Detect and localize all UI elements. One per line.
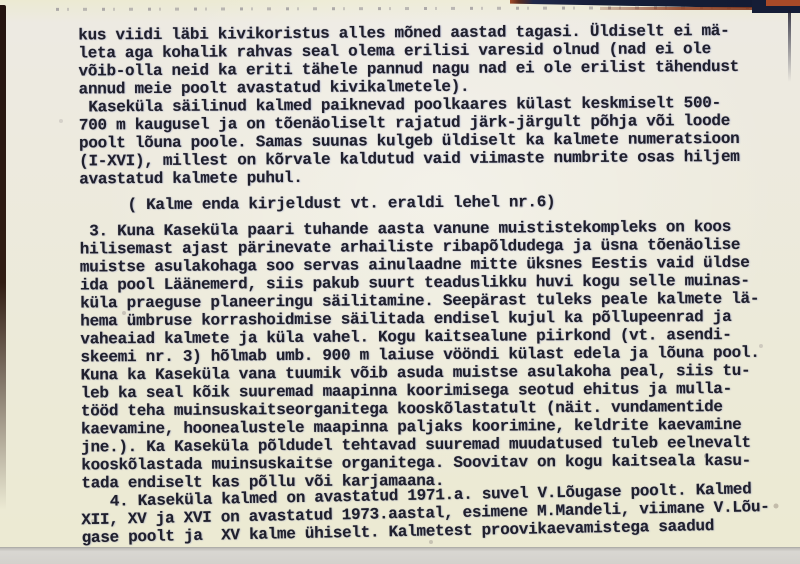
paragraph-2: Kaseküla säilinud kalmed paiknevad poolk… (79, 94, 794, 189)
table-surface (0, 547, 800, 564)
text-line: avastatud kalmete puhul. (79, 166, 793, 189)
scanned-document-photo: kus viidi läbi kivikoristus alles mõned … (0, 0, 800, 564)
text-line: ( Kalme enda kirjeldust vt. eraldi lehel… (127, 192, 793, 215)
paragraph-3: 3. Kuna Kaseküla paari tuhande aasta van… (80, 218, 796, 493)
paper-specks (0, 0, 2, 2)
paragraph-1: kus viidi läbi kivikoristus alles mõned … (78, 22, 792, 99)
corner-red-patch (766, 0, 800, 6)
page-left-edge-shadow (0, 5, 6, 510)
typewritten-text: kus viidi läbi kivikoristus alles mõned … (78, 22, 796, 547)
note-line: ( Kalme enda kirjeldust vt. eraldi lehel… (127, 192, 793, 215)
